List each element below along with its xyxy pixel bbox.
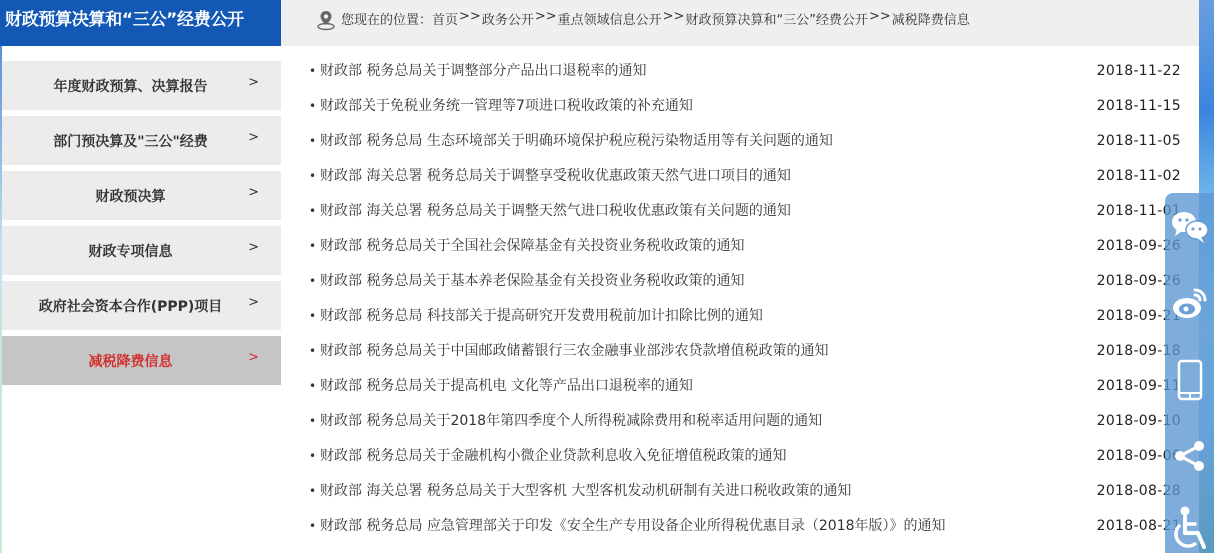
list-item: •财政部 海关总署 税务总局关于大型客机 大型客机发动机研制有关进口税收政策的通… bbox=[309, 482, 1181, 517]
chevron-right-icon: > bbox=[248, 185, 259, 200]
news-title-link[interactable]: 财政部 海关总署 税务总局关于调整天然气进口税收优惠政策有关问题的通知 bbox=[320, 202, 791, 221]
bullet-icon: • bbox=[309, 202, 320, 221]
breadcrumb-gov-affairs[interactable]: 政务公开 bbox=[482, 9, 534, 28]
share-button[interactable] bbox=[1165, 426, 1214, 486]
list-item: •财政部 税务总局 生态环境部关于明确环境保护税应税污染物适用等有关问题的通知2… bbox=[309, 132, 1181, 167]
news-title-link[interactable]: 财政部 税务总局关于基本养老保险基金有关投资业务税收政策的通知 bbox=[320, 272, 744, 291]
mobile-button[interactable] bbox=[1165, 350, 1214, 410]
list-item: •财政部 税务总局关于基本养老保险基金有关投资业务税收政策的通知2018-09-… bbox=[309, 272, 1181, 307]
news-title-link[interactable]: 财政部 税务总局关于调整部分产品出口退税率的通知 bbox=[320, 62, 646, 81]
list-item: •财政部 税务总局关于全国社会保障基金有关投资业务税收政策的通知2018-09-… bbox=[309, 237, 1181, 272]
list-item: •财政部 税务总局关于调整部分产品出口退税率的通知2018-11-22 bbox=[309, 62, 1181, 97]
sidebar-item-label: 政府社会资本合作(PPP)项目 bbox=[39, 296, 245, 316]
breadcrumb-separator: >> bbox=[663, 9, 685, 24]
sidebar-item-label: 年度财政预算、决算报告 bbox=[54, 76, 230, 96]
list-item: •财政部 税务总局关于提高机电 文化等产品出口退税率的通知2018-09-11 bbox=[309, 377, 1181, 412]
breadcrumb-key-areas[interactable]: 重点领域信息公开 bbox=[558, 9, 662, 28]
news-title-link[interactable]: 财政部 海关总署 税务总局关于大型客机 大型客机发动机研制有关进口税收政策的通知 bbox=[320, 482, 851, 501]
news-date: 2018-11-05 bbox=[1097, 132, 1181, 151]
breadcrumb-budget-disclosure[interactable]: 财政预算决算和“三公”经费公开 bbox=[685, 9, 867, 28]
bullet-icon: • bbox=[309, 412, 320, 431]
sidebar-item-annual-report[interactable]: 年度财政预算、决算报告 > bbox=[2, 61, 281, 110]
sidebar-item-label: 减税降费信息 bbox=[89, 351, 195, 371]
bullet-icon: • bbox=[309, 167, 320, 186]
breadcrumb-home[interactable]: 首页 bbox=[432, 9, 458, 28]
section-title: 财政预算决算和“三公”经费公开 bbox=[0, 0, 281, 46]
sidebar-item-fiscal-budget[interactable]: 财政预决算 > bbox=[2, 171, 281, 220]
list-item: •财政部 税务总局关于中国邮政储蓄银行三农金融事业部涉农贷款增值税政策的通知20… bbox=[309, 342, 1181, 377]
sidebar-item-department-budget[interactable]: 部门预决算及"三公"经费 > bbox=[2, 116, 281, 165]
bullet-icon: • bbox=[309, 272, 320, 291]
bullet-icon: • bbox=[309, 307, 320, 326]
news-title-link[interactable]: 财政部关于免税业务统一管理等7项进口税收政策的补充通知 bbox=[320, 97, 693, 116]
wechat-icon bbox=[1170, 209, 1210, 245]
news-title-link[interactable]: 财政部 税务总局关于全国社会保障基金有关投资业务税收政策的通知 bbox=[320, 237, 744, 256]
breadcrumb-current[interactable]: 减税降费信息 bbox=[892, 9, 970, 28]
bullet-icon: • bbox=[309, 97, 320, 116]
news-title-link[interactable]: 财政部 海关总署 税务总局关于调整享受税收优惠政策天然气进口项目的通知 bbox=[320, 167, 791, 186]
bullet-icon: • bbox=[309, 377, 320, 396]
news-date: 2018-11-02 bbox=[1097, 167, 1181, 186]
list-item: •财政部 税务总局 应急管理部关于印发《安全生产专用设备企业所得税优惠目录（20… bbox=[309, 517, 1181, 552]
breadcrumb-separator: >> bbox=[869, 9, 891, 24]
list-item: •财政部 海关总署 税务总局关于调整享受税收优惠政策天然气进口项目的通知2018… bbox=[309, 167, 1181, 202]
chevron-right-icon: > bbox=[248, 240, 259, 255]
accessibility-button[interactable] bbox=[1165, 498, 1214, 553]
news-title-link[interactable]: 财政部 税务总局 应急管理部关于印发《安全生产专用设备企业所得税优惠目录（201… bbox=[320, 517, 946, 536]
chevron-right-icon: > bbox=[248, 350, 259, 365]
news-date: 2018-11-15 bbox=[1097, 97, 1181, 116]
breadcrumb-separator: >> bbox=[535, 9, 557, 24]
bullet-icon: • bbox=[309, 237, 320, 256]
news-title-link[interactable]: 财政部 税务总局关于金融机构小微企业贷款利息收入免征增值税政策的通知 bbox=[320, 447, 786, 466]
news-title-link[interactable]: 财政部 税务总局关于提高机电 文化等产品出口退税率的通知 bbox=[320, 377, 693, 396]
bullet-icon: • bbox=[309, 62, 320, 81]
list-item: •财政部 税务总局 科技部关于提高研究开发费用税前加计扣除比例的通知2018-0… bbox=[309, 307, 1181, 342]
sidebar-nav: 年度财政预算、决算报告 > 部门预决算及"三公"经费 > 财政预决算 > 财政专… bbox=[2, 61, 281, 391]
mobile-icon bbox=[1177, 359, 1203, 401]
news-date: 2018-11-22 bbox=[1097, 62, 1181, 81]
news-title-link[interactable]: 财政部 税务总局关于中国邮政储蓄银行三农金融事业部涉农贷款增值税政策的通知 bbox=[320, 342, 828, 361]
accessibility-icon bbox=[1170, 505, 1210, 551]
list-item: •财政部 海关总署 税务总局关于调整天然气进口税收优惠政策有关问题的通知2018… bbox=[309, 202, 1181, 237]
breadcrumb-separator: >> bbox=[459, 9, 481, 24]
chevron-right-icon: > bbox=[248, 295, 259, 310]
bullet-icon: • bbox=[309, 342, 320, 361]
bullet-icon: • bbox=[309, 447, 320, 466]
news-title-link[interactable]: 财政部 税务总局 生态环境部关于明确环境保护税应税污染物适用等有关问题的通知 bbox=[320, 132, 833, 151]
sidebar-item-ppp[interactable]: 政府社会资本合作(PPP)项目 > bbox=[2, 281, 281, 330]
location-pin-icon bbox=[315, 9, 337, 31]
list-item: •财政部 税务总局关于2018年第四季度个人所得税减除费用和税率适用问题的通知2… bbox=[309, 412, 1181, 447]
sidebar-item-label: 部门预决算及"三公"经费 bbox=[53, 131, 230, 151]
floating-share-toolbar bbox=[1165, 193, 1214, 553]
weibo-button[interactable] bbox=[1165, 273, 1214, 333]
sidebar-item-label: 财政专项信息 bbox=[89, 241, 195, 261]
breadcrumb: 您现在的位置： 首页 >> 政务公开 >> 重点领域信息公开 >> 财政预算决算… bbox=[281, 0, 1199, 46]
bullet-icon: • bbox=[309, 517, 320, 536]
list-item: •财政部关于免税业务统一管理等7项进口税收政策的补充通知2018-11-15 bbox=[309, 97, 1181, 132]
bullet-icon: • bbox=[309, 132, 320, 151]
wechat-button[interactable] bbox=[1165, 197, 1214, 257]
page: 财政预算决算和“三公”经费公开 您现在的位置： 首页 >> 政务公开 >> 重点… bbox=[0, 0, 1214, 553]
sidebar-item-special-funds[interactable]: 财政专项信息 > bbox=[2, 226, 281, 275]
chevron-right-icon: > bbox=[248, 75, 259, 90]
sidebar-item-tax-cuts[interactable]: 减税降费信息 > bbox=[2, 336, 281, 385]
chevron-right-icon: > bbox=[248, 130, 259, 145]
location-label: 您现在的位置： bbox=[341, 9, 432, 28]
weibo-icon bbox=[1171, 286, 1209, 320]
sidebar-item-label: 财政预决算 bbox=[96, 186, 188, 206]
bullet-icon: • bbox=[309, 482, 320, 501]
list-item: •财政部 税务总局关于金融机构小微企业贷款利息收入免征增值税政策的通知2018-… bbox=[309, 447, 1181, 482]
share-icon bbox=[1173, 439, 1207, 473]
news-title-link[interactable]: 财政部 税务总局关于2018年第四季度个人所得税减除费用和税率适用问题的通知 bbox=[320, 412, 822, 431]
news-title-link[interactable]: 财政部 税务总局 科技部关于提高研究开发费用税前加计扣除比例的通知 bbox=[320, 307, 763, 326]
news-list: •财政部 税务总局关于调整部分产品出口退税率的通知2018-11-22 •财政部… bbox=[309, 62, 1181, 552]
